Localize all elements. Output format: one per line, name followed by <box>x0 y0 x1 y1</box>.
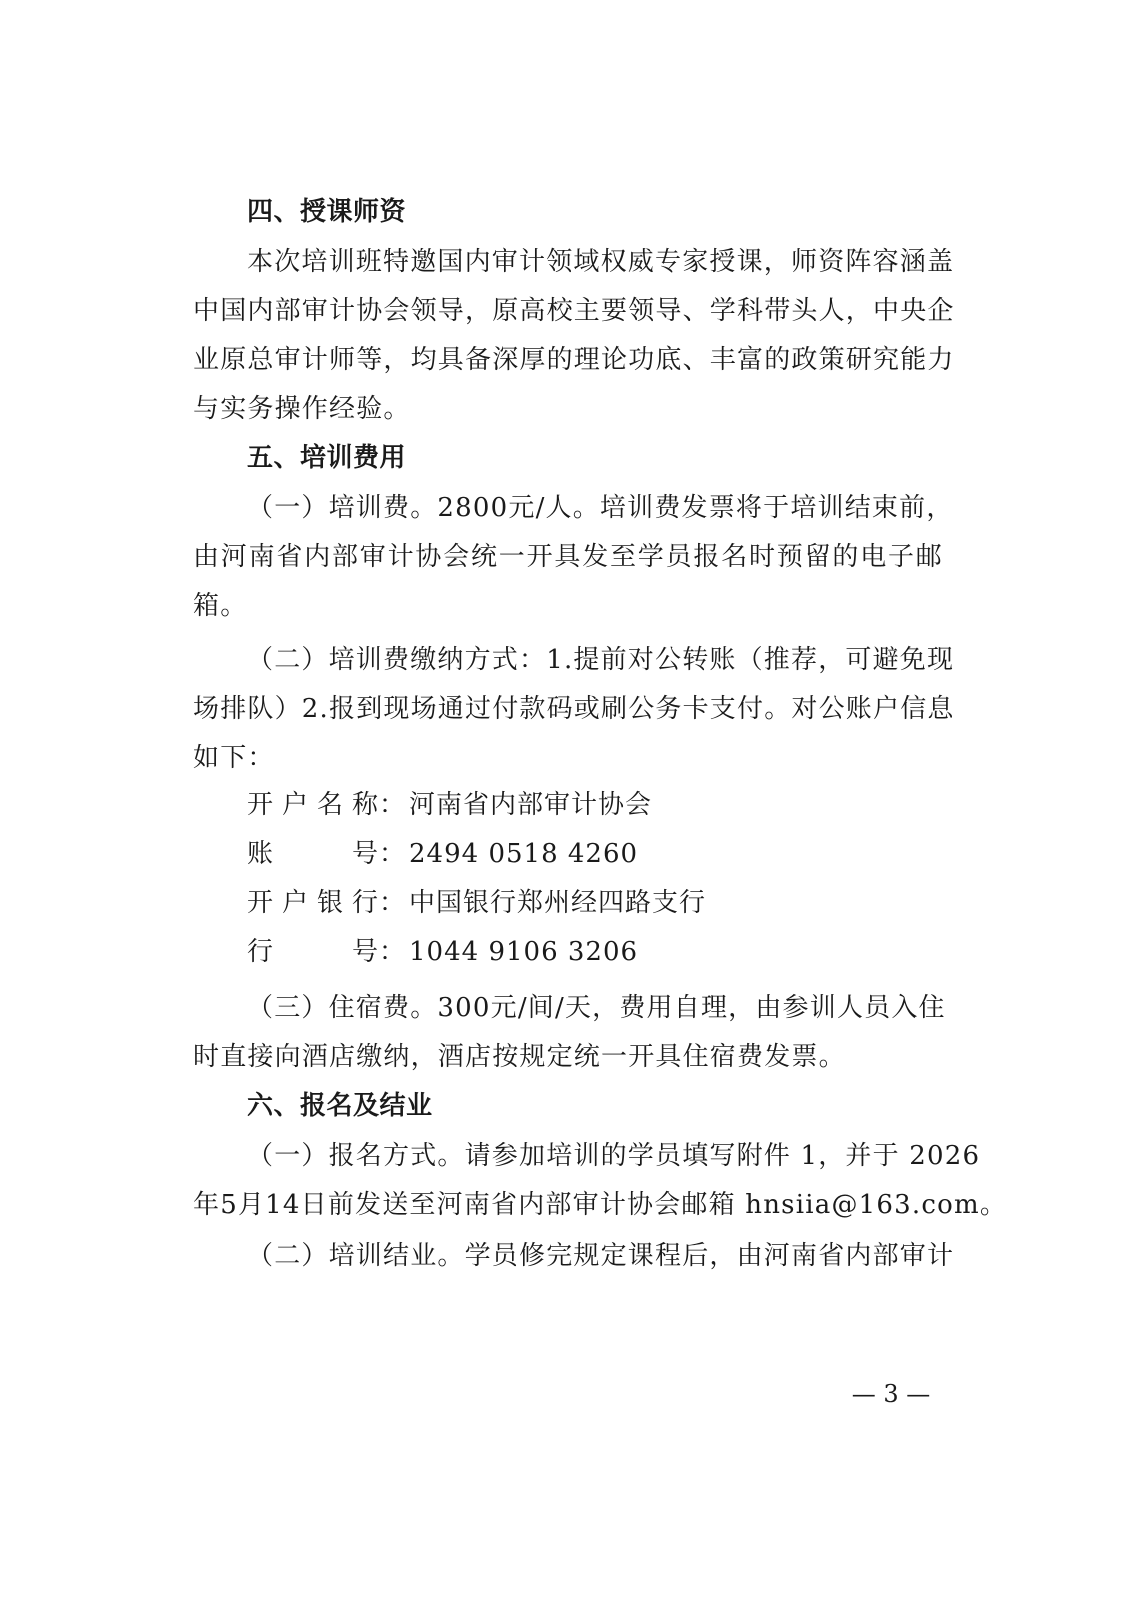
paragraph-line: 本次培训班特邀国内审计领域权威专家授课，师资阵容涵盖 <box>247 242 943 282</box>
section-heading-fees: 五、培训费用 <box>247 438 943 478</box>
paragraph-line: 时直接向酒店缴纳，酒店按规定统一开具住宿费发票。 <box>193 1037 943 1077</box>
paragraph-line: （三）住宿费。300元/间/天，费用自理，由参训人员入住 <box>247 988 943 1028</box>
paragraph-line: 年5月14日前发送至河南省内部审计协会邮箱 hnsiia@163.com。 <box>193 1185 943 1225</box>
account-number-row: 账号 ： 2494 0518 4260 <box>247 834 638 874</box>
paragraph-line: （一）报名方式。请参加培训的学员填写附件 1，并于 2026 <box>247 1136 943 1176</box>
paragraph-line: （一）培训费。2800元/人。培训费发票将于培训结束前， <box>247 488 943 528</box>
account-name-value: 河南省内部审计协会 <box>409 785 652 825</box>
account-number-label: 账号 <box>247 834 379 874</box>
bank-code-label: 行号 <box>247 932 379 972</box>
colon: ： <box>379 883 405 923</box>
paragraph-line: 箱。 <box>193 586 943 626</box>
paragraph-line: 场排队）2.报到现场通过付款码或刷公务卡支付。对公账户信息 <box>193 689 943 729</box>
colon: ： <box>379 834 405 874</box>
bank-name-row: 开户银行 ： 中国银行郑州经四路支行 <box>247 883 706 923</box>
section-heading-teachers: 四、授课师资 <box>247 192 943 232</box>
bank-code-row: 行号 ： 1044 9106 3206 <box>247 932 638 972</box>
bank-name-value: 中国银行郑州经四路支行 <box>409 883 706 923</box>
account-number-value: 2494 0518 4260 <box>409 834 638 874</box>
bank-code-value: 1044 9106 3206 <box>409 932 638 972</box>
paragraph-line: （二）培训费缴纳方式：1.提前对公转账（推荐，可避免现 <box>247 640 943 680</box>
paragraph-line: 与实务操作经验。 <box>193 389 943 429</box>
paragraph-line: 如下： <box>193 738 943 778</box>
account-name-label: 开户名称 <box>247 785 379 825</box>
colon: ： <box>379 785 405 825</box>
section-heading-registration: 六、报名及结业 <box>247 1086 943 1126</box>
document-page: 四、授课师资 本次培训班特邀国内审计领域权威专家授课，师资阵容涵盖 中国内部审计… <box>0 0 1130 1600</box>
paragraph-line: 中国内部审计协会领导，原高校主要领导、学科带头人，中央企 <box>193 291 943 331</box>
paragraph-line: 业原总审计师等，均具备深厚的理论功底、丰富的政策研究能力 <box>193 340 943 380</box>
colon: ： <box>379 932 405 972</box>
paragraph-line: 由河南省内部审计协会统一开具发至学员报名时预留的电子邮 <box>193 537 943 577</box>
paragraph-line: （二）培训结业。学员修完规定课程后，由河南省内部审计 <box>247 1236 943 1276</box>
account-name-row: 开户名称 ： 河南省内部审计协会 <box>247 785 652 825</box>
bank-name-label: 开户银行 <box>247 883 379 923</box>
page-number: — 3 — <box>846 1374 936 1414</box>
